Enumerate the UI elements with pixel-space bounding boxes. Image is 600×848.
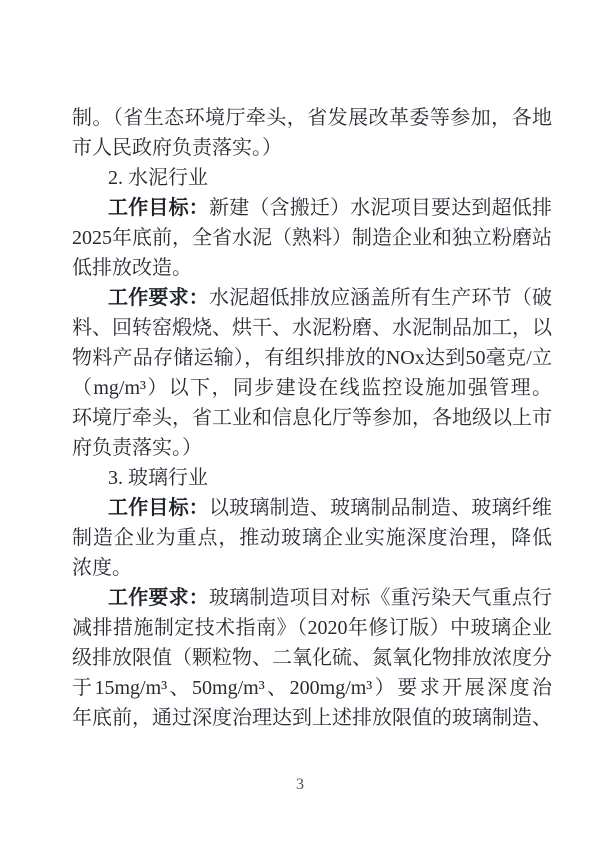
text-line: 制造企业为重点，推动玻璃企业实施深度治理，降低NOx排放 <box>72 523 552 553</box>
line-text: 制造企业为重点，推动玻璃企业实施深度治理，降低NOx排放 <box>72 527 552 553</box>
work-goal-label: 工作目标： <box>108 197 209 219</box>
work-requirement-line: 工作要求：玻璃制造项目对标《重污染天气重点行业应急 <box>72 583 552 613</box>
glass-industry-heading: 3. 玻璃行业 <box>72 463 552 493</box>
line-text: （mg/m³）以下，同步建设在线监控设施加强管理。（省生态 <box>72 377 552 403</box>
text-line: 市人民政府负责落实。） <box>72 133 552 163</box>
work-goal-line: 工作目标：新建（含搬迁）水泥项目要达到超低排放水平。 <box>72 193 552 223</box>
line-text: 料、回转窑煅烧、烘干、水泥粉磨、水泥制品加工，以及大宗 <box>72 317 552 343</box>
text-line: 料、回转窑煅烧、烘干、水泥粉磨、水泥制品加工，以及大宗 <box>72 313 552 343</box>
line-text: 2025年底前，全省水泥（熟料）制造企业和独立粉磨站完成超 <box>72 227 552 253</box>
document-page: 制。（省生态环境厅牵头，省发展改革委等参加，各地级以上 市人民政府负责落实。） … <box>0 0 600 848</box>
text-line: 于15mg/m³、50mg/m³、200mg/m³）要求开展深度治理。2025 <box>72 673 552 703</box>
text-line: 府负责落实。） <box>72 433 552 463</box>
line-text: 低排放改造。 <box>72 257 192 279</box>
text-line: 级排放限值（颗粒物、二氧化硫、氮氧化物排放浓度分别不高 <box>72 643 552 673</box>
page-number: 3 <box>296 776 304 793</box>
work-requirement-label: 工作要求： <box>108 287 209 309</box>
text-line: 浓度。 <box>72 553 552 583</box>
work-goal-line: 工作目标：以玻璃制造、玻璃制品制造、玻璃纤维及制品 <box>72 493 552 523</box>
line-text: 制。（省生态环境厅牵头，省发展改革委等参加，各地级以上 <box>72 107 552 133</box>
document-body: 制。（省生态环境厅牵头，省发展改革委等参加，各地级以上 市人民政府负责落实。） … <box>72 103 552 733</box>
text-line: 物料产品存储运输），有组织排放的NOx达到50毫克/立方米 <box>72 343 552 373</box>
cement-industry-heading: 2. 水泥行业 <box>72 163 552 193</box>
line-text: 市人民政府负责落实。） <box>72 137 282 159</box>
line-text: 物料产品存储运输），有组织排放的NOx达到50毫克/立方米 <box>72 347 552 373</box>
line-text: 府负责落实。） <box>72 437 202 459</box>
line-text: 于15mg/m³、50mg/m³、200mg/m³）要求开展深度治理。2025 <box>72 677 552 703</box>
text-line: 减排措施制定技术指南》（2020年修订版）中玻璃企业绩效A <box>72 613 552 643</box>
line-text: 环境厅牵头，省工业和信息化厅等参加，各地级以上市人民政 <box>72 407 552 433</box>
line-text: 年底前，通过深度治理达到上述排放限值的玻璃制造、玻璃制 <box>72 707 552 733</box>
text-line: 2025年底前，全省水泥（熟料）制造企业和独立粉磨站完成超 <box>72 223 552 253</box>
text-line: 制。（省生态环境厅牵头，省发展改革委等参加，各地级以上 <box>72 103 552 133</box>
heading-text: 3. 玻璃行业 <box>108 467 208 489</box>
page-footer: 3 <box>0 773 600 797</box>
heading-text: 2. 水泥行业 <box>108 167 208 189</box>
text-line: 环境厅牵头，省工业和信息化厅等参加，各地级以上市人民政 <box>72 403 552 433</box>
line-text: 浓度。 <box>72 557 132 579</box>
text-line: 年底前，通过深度治理达到上述排放限值的玻璃制造、玻璃制 <box>72 703 552 733</box>
work-requirement-line: 工作要求：水泥超低排放应涵盖所有生产环节（破碎、配 <box>72 283 552 313</box>
work-requirement-label: 工作要求： <box>108 587 209 609</box>
text-line: 低排放改造。 <box>72 253 552 283</box>
line-text: 减排措施制定技术指南》（2020年修订版）中玻璃企业绩效A <box>72 617 552 643</box>
text-line: （mg/m³）以下，同步建设在线监控设施加强管理。（省生态 <box>72 373 552 403</box>
line-text: 级排放限值（颗粒物、二氧化硫、氮氧化物排放浓度分别不高 <box>72 647 552 673</box>
work-goal-label: 工作目标： <box>108 497 209 519</box>
